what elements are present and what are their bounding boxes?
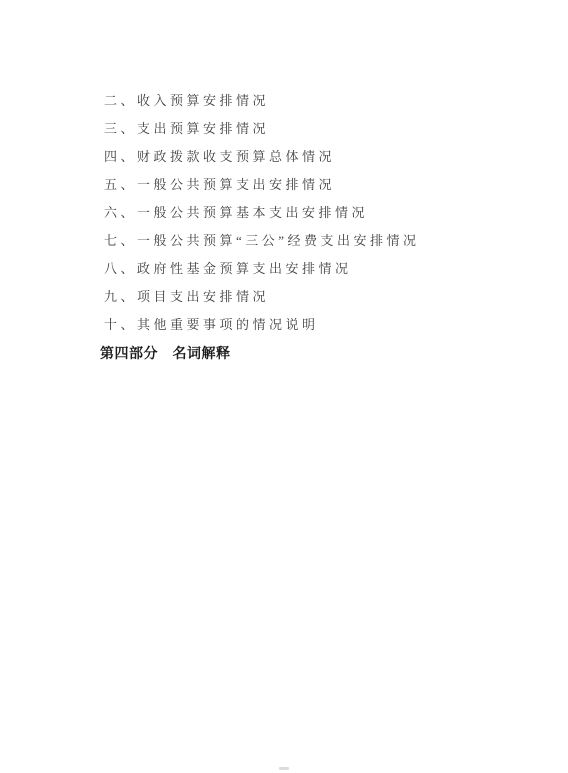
toc-item-10: 十、其他重要事项的情况说明 <box>0 311 568 339</box>
table-of-contents: 二、收入预算安排情况 三、支出预算安排情况 四、财政拨款收支预算总体情况 五、一… <box>0 87 568 367</box>
page-footer-mark <box>279 767 289 770</box>
toc-item-3: 三、支出预算安排情况 <box>0 115 568 143</box>
document-page: 二、收入预算安排情况 三、支出预算安排情况 四、财政拨款收支预算总体情况 五、一… <box>0 0 568 773</box>
toc-item-7: 七、一般公共预算“三公”经费支出安排情况 <box>0 227 568 255</box>
toc-item-5: 五、一般公共预算支出安排情况 <box>0 171 568 199</box>
toc-item-6: 六、一般公共预算基本支出安排情况 <box>0 199 568 227</box>
section-heading-part4: 第四部分 名词解释 <box>0 339 568 367</box>
toc-item-9: 九、项目支出安排情况 <box>0 283 568 311</box>
toc-item-8: 八、政府性基金预算支出安排情况 <box>0 255 568 283</box>
toc-item-4: 四、财政拨款收支预算总体情况 <box>0 143 568 171</box>
toc-item-2: 二、收入预算安排情况 <box>0 87 568 115</box>
